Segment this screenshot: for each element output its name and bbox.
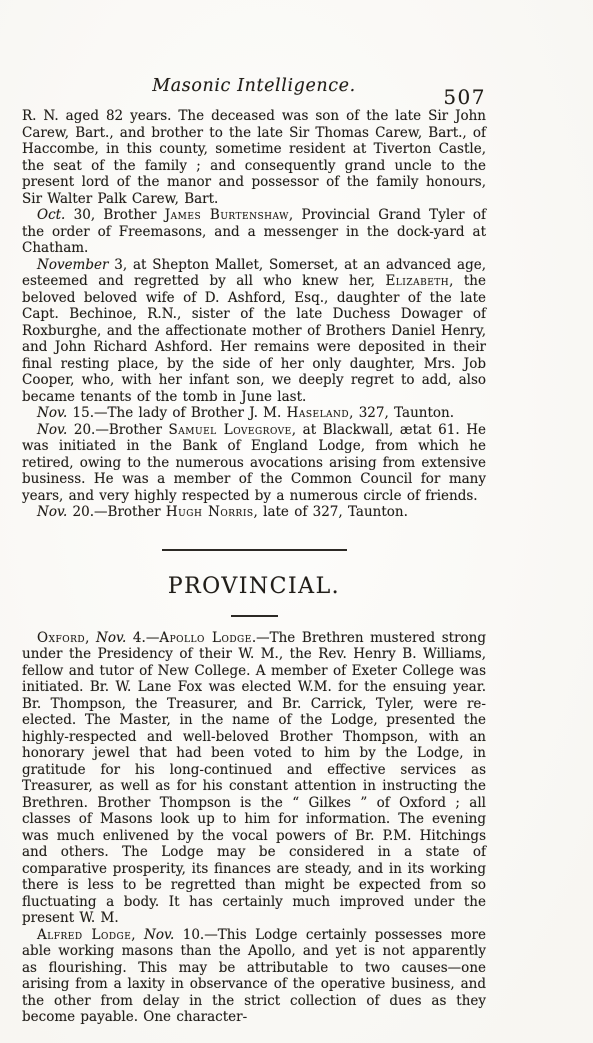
text-segment: Hugh Norris [166,504,254,520]
provincial-heading: PROVINCIAL. [22,574,486,599]
paragraph: Nov. 20.—Brother Samuel Lovegrove, at Bl… [22,422,486,505]
text-segment: , [131,927,144,943]
text-segment: 4.— [126,630,159,646]
text-segment: Apollo Lodge [159,630,251,646]
section-divider-rule [162,549,347,551]
scanned-page: Masonic Intelligence. 507 R. N. aged 82 … [0,0,593,1043]
text-segment: Alfred Lodge [37,927,131,943]
running-head: Masonic Intelligence. 507 [22,76,486,103]
provincial-section: Oxford, Nov. 4.—Apollo Lodge.—The Brethr… [22,630,486,1026]
text-segment: Elizabeth [385,273,449,289]
obituary-section: R. N. aged 82 years. The deceased was so… [22,108,486,521]
text-segment: Nov. [37,504,67,520]
text-segment: 20.—Brother [67,504,166,520]
heading-divider-rule [231,615,278,617]
text-segment: Nov. [96,630,126,646]
text-segment: Nov. [37,405,67,421]
paragraph: Alfred Lodge, Nov. 10.—This Lodge certai… [22,927,486,1026]
paragraph: Oct. 30, Brother James Burtenshaw, Provi… [22,207,486,257]
paragraph: November 3, at Shepton Mallet, Somerset,… [22,257,486,406]
text-segment: James Burtenshaw [165,207,289,223]
text-segment: , the beloved beloved wife of D. Ashford… [22,273,486,405]
text-segment: R. N. aged 82 years. The deceased was so… [22,108,486,207]
text-segment: Haseland [287,405,350,421]
paragraph: Oxford, Nov. 4.—Apollo Lodge.—The Brethr… [22,630,486,927]
text-segment: , [85,630,96,646]
text-segment: November [37,257,108,273]
text-segment: Oct. [37,207,65,223]
text-segment: .—The Brethren mustered strong under the… [22,630,486,927]
text-segment: 20.—Brother [67,422,168,438]
paragraph: Nov. 15.—The lady of Brother J. M. Hasel… [22,405,486,422]
text-segment: Oxford [37,630,85,646]
paragraph: Nov. 20.—Brother Hugh Norris, late of 32… [22,504,486,521]
text-segment: , late of 327, Taunton. [254,504,408,520]
text-segment: , 327, Taunton. [349,405,454,421]
text-segment: Nov. [144,927,174,943]
text-segment: Nov. [37,422,67,438]
text-segment: 30, Brother [65,207,164,223]
text-segment: 15.—The lady of Brother J. M. [67,405,286,421]
page-header-title: Masonic Intelligence. [22,76,486,95]
page-number: 507 [443,89,486,106]
text-segment: Samuel Lovegrove [169,422,292,438]
paragraph: R. N. aged 82 years. The deceased was so… [22,108,486,207]
